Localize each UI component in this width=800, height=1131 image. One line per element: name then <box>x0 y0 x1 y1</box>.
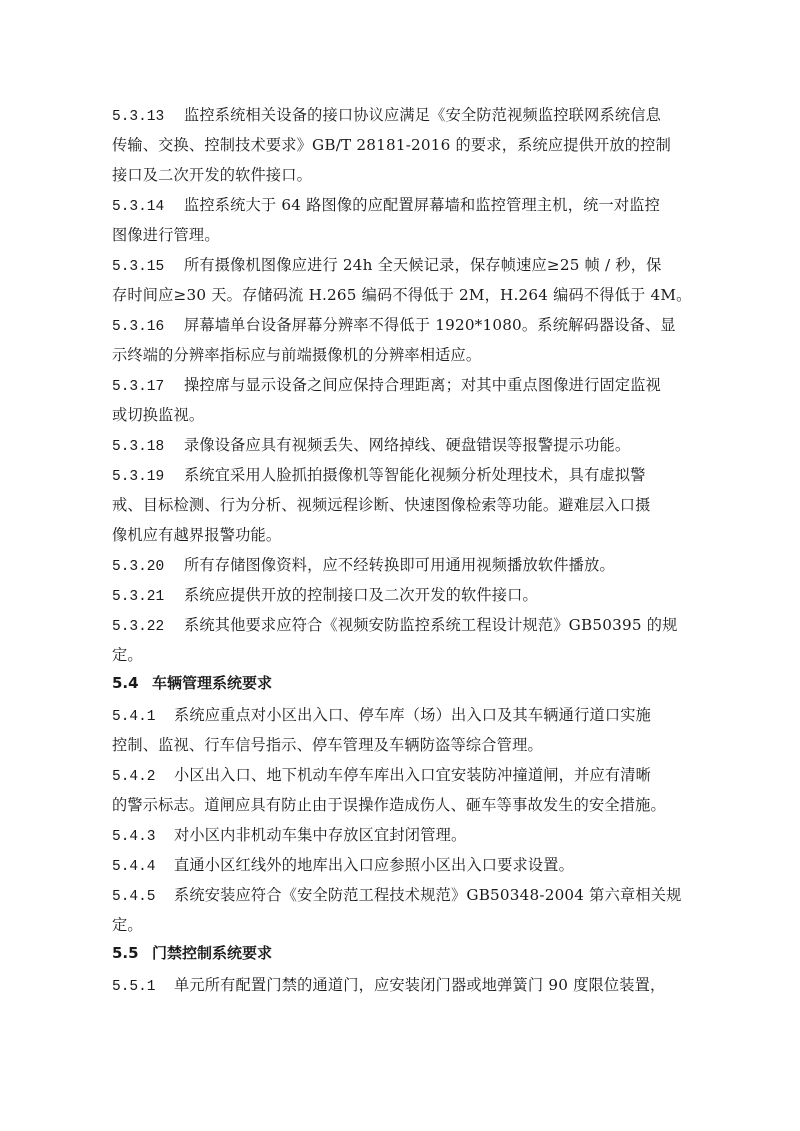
clause-text: 定。 <box>112 646 143 664</box>
text-line: 传输、交换、控制技术要求》GB/T 28181-2016 的要求，系统应提供开放… <box>112 130 682 160</box>
clause-number: 5.3.21 <box>112 582 184 612</box>
clause-text: 监控系统相关设备的接口协议应满足《安全防范视频监控联网系统信息 <box>184 106 661 124</box>
text-line: 5.5.1单元所有配置门禁的通道门，应安装闭门器或地弹簧门 90 度限位装置， <box>112 970 682 1000</box>
text-line: 存时间应≥30 天。存储码流 H.265 编码不得低于 2M，H.264 编码不… <box>112 280 682 310</box>
clause-text: 所有摄像机图像应进行 24h 全天候记录，保存帧速应≥25 帧 / 秒，保 <box>184 256 662 274</box>
clause-text: 监控系统大于 64 路图像的应配置屏幕墙和监控管理主机，统一对监控 <box>184 196 660 214</box>
section-title: 门禁控制系统要求 <box>152 944 272 962</box>
text-line: 的警示标志。道闸应具有防止由于误操作造成伤人、砸车等事故发生的安全措施。 <box>112 790 682 820</box>
clause-text: 系统应提供开放的控制接口及二次开发的软件接口。 <box>184 586 538 604</box>
text-line: 控制、监视、行车信号指示、停车管理及车辆防盗等综合管理。 <box>112 730 682 760</box>
clause-number: 5.4.5 <box>112 882 174 912</box>
clause-text: 小区出入口、地下机动车停车库出入口宜安装防冲撞道闸，并应有清晰 <box>174 766 651 784</box>
clause-paragraph: 5.3.17操控席与显示设备之间应保持合理距离；对其中重点图像进行固定监视或切换… <box>112 370 682 430</box>
clause-number: 5.3.19 <box>112 462 184 492</box>
clause-number: 5.4.3 <box>112 822 174 852</box>
clause-paragraph: 5.4.3对小区内非机动车集中存放区宜封闭管理。 <box>112 820 682 850</box>
text-line: 5.3.21系统应提供开放的控制接口及二次开发的软件接口。 <box>112 580 682 610</box>
clause-text: 系统安装应符合《安全防范工程技术规范》GB50348-2004 第六章相关规 <box>174 886 682 904</box>
clause-paragraph: 5.3.22系统其他要求应符合《视频安防监控系统工程设计规范》GB50395 的… <box>112 610 682 670</box>
text-line: 5.4.2小区出入口、地下机动车停车库出入口宜安装防冲撞道闸，并应有清晰 <box>112 760 682 790</box>
clause-text: 控制、监视、行车信号指示、停车管理及车辆防盗等综合管理。 <box>112 736 543 754</box>
text-line: 定。 <box>112 910 682 940</box>
clause-text: 直通小区红线外的地库出入口应参照小区出入口要求设置。 <box>174 856 574 874</box>
clause-number: 5.3.13 <box>112 102 184 132</box>
clause-number: 5.4.2 <box>112 762 174 792</box>
text-line: 5.3.13监控系统相关设备的接口协议应满足《安全防范视频监控联网系统信息 <box>112 100 682 130</box>
text-line: 5.3.22系统其他要求应符合《视频安防监控系统工程设计规范》GB50395 的… <box>112 610 682 640</box>
clause-text: 屏幕墙单台设备屏幕分辨率不得低于 1920*1080。系统解码器设备、显 <box>184 316 676 334</box>
clause-text: 系统宜采用人脸抓拍摄像机等智能化视频分析处理技术，具有虚拟警 <box>184 466 646 484</box>
clause-number: 5.4.4 <box>112 852 174 882</box>
clause-paragraph: 5.4.1系统应重点对小区出入口、停车库（场）出入口及其车辆通行道口实施控制、监… <box>112 700 682 760</box>
clause-paragraph: 5.3.19系统宜采用人脸抓拍摄像机等智能化视频分析处理技术，具有虚拟警戒、目标… <box>112 460 682 550</box>
text-line: 示终端的分辨率指标应与前端摄像机的分辨率相适应。 <box>112 340 682 370</box>
text-line: 接口及二次开发的软件接口。 <box>112 160 682 190</box>
clause-paragraph: 5.3.13监控系统相关设备的接口协议应满足《安全防范视频监控联网系统信息传输、… <box>112 100 682 190</box>
text-line: 5.3.14监控系统大于 64 路图像的应配置屏幕墙和监控管理主机，统一对监控 <box>112 190 682 220</box>
clause-text: 系统其他要求应符合《视频安防监控系统工程设计规范》GB50395 的规 <box>184 616 678 634</box>
clause-text: 所有存储图像资料，应不经转换即可用通用视频播放软件播放。 <box>184 556 615 574</box>
clause-text: 示终端的分辨率指标应与前端摄像机的分辨率相适应。 <box>112 346 481 364</box>
text-line: 5.3.17操控席与显示设备之间应保持合理距离；对其中重点图像进行固定监视 <box>112 370 682 400</box>
text-line: 戒、目标检测、行为分析、视频远程诊断、快速图像检索等功能。避难层入口摄 <box>112 490 682 520</box>
text-line: 定。 <box>112 640 682 670</box>
clause-paragraph: 5.3.21系统应提供开放的控制接口及二次开发的软件接口。 <box>112 580 682 610</box>
clause-number: 5.3.14 <box>112 192 184 222</box>
clause-paragraph: 5.4.2小区出入口、地下机动车停车库出入口宜安装防冲撞道闸，并应有清晰的警示标… <box>112 760 682 820</box>
clause-paragraph: 5.3.14监控系统大于 64 路图像的应配置屏幕墙和监控管理主机，统一对监控图… <box>112 190 682 250</box>
clause-paragraph: 5.3.15所有摄像机图像应进行 24h 全天候记录，保存帧速应≥25 帧 / … <box>112 250 682 310</box>
text-line: 5.3.16屏幕墙单台设备屏幕分辨率不得低于 1920*1080。系统解码器设备… <box>112 310 682 340</box>
text-line: 5.3.18录像设备应具有视频丢失、网络掉线、硬盘错误等报警提示功能。 <box>112 430 682 460</box>
clause-text: 图像进行管理。 <box>112 226 220 244</box>
text-line: 5.3.15所有摄像机图像应进行 24h 全天候记录，保存帧速应≥25 帧 / … <box>112 250 682 280</box>
text-line: 或切换监视。 <box>112 400 682 430</box>
clause-number: 5.4.1 <box>112 702 174 732</box>
section-heading: 5.4车辆管理系统要求 <box>112 670 682 700</box>
text-line: 5.4.1系统应重点对小区出入口、停车库（场）出入口及其车辆通行道口实施 <box>112 700 682 730</box>
clause-text: 的警示标志。道闸应具有防止由于误操作造成伤人、砸车等事故发生的安全措施。 <box>112 796 666 814</box>
clause-number: 5.3.18 <box>112 432 184 462</box>
clause-text: 传输、交换、控制技术要求》GB/T 28181-2016 的要求，系统应提供开放… <box>112 136 671 154</box>
clause-text: 系统应重点对小区出入口、停车库（场）出入口及其车辆通行道口实施 <box>174 706 651 724</box>
text-line: 5.3.19系统宜采用人脸抓拍摄像机等智能化视频分析处理技术，具有虚拟警 <box>112 460 682 490</box>
text-line: 5.4.5系统安装应符合《安全防范工程技术规范》GB50348-2004 第六章… <box>112 880 682 910</box>
clause-text: 或切换监视。 <box>112 406 204 424</box>
clause-text: 定。 <box>112 916 143 934</box>
clause-number: 5.3.20 <box>112 552 184 582</box>
clause-text: 单元所有配置门禁的通道门，应安装闭门器或地弹簧门 90 度限位装置， <box>174 976 665 994</box>
section-number: 5.4 <box>112 670 152 696</box>
clause-paragraph: 5.3.18录像设备应具有视频丢失、网络掉线、硬盘错误等报警提示功能。 <box>112 430 682 460</box>
text-line: 5.4.4直通小区红线外的地库出入口应参照小区出入口要求设置。 <box>112 850 682 880</box>
clause-text: 录像设备应具有视频丢失、网络掉线、硬盘错误等报警提示功能。 <box>184 436 630 454</box>
section-number: 5.5 <box>112 940 152 966</box>
text-line: 5.3.20所有存储图像资料，应不经转换即可用通用视频播放软件播放。 <box>112 550 682 580</box>
clause-text: 操控席与显示设备之间应保持合理距离；对其中重点图像进行固定监视 <box>184 376 661 394</box>
text-line: 图像进行管理。 <box>112 220 682 250</box>
text-line: 像机应有越界报警功能。 <box>112 520 682 550</box>
section-heading: 5.5门禁控制系统要求 <box>112 940 682 970</box>
clause-number: 5.3.16 <box>112 312 184 342</box>
document-page: 5.3.13监控系统相关设备的接口协议应满足《安全防范视频监控联网系统信息传输、… <box>112 100 682 1000</box>
clause-paragraph: 5.3.16屏幕墙单台设备屏幕分辨率不得低于 1920*1080。系统解码器设备… <box>112 310 682 370</box>
clause-number: 5.5.1 <box>112 972 174 1002</box>
clause-number: 5.3.15 <box>112 252 184 282</box>
clause-text: 接口及二次开发的软件接口。 <box>112 166 312 184</box>
clause-paragraph: 5.4.5系统安装应符合《安全防范工程技术规范》GB50348-2004 第六章… <box>112 880 682 940</box>
clause-text: 存时间应≥30 天。存储码流 H.265 编码不得低于 2M，H.264 编码不… <box>112 286 691 304</box>
clause-paragraph: 5.3.20所有存储图像资料，应不经转换即可用通用视频播放软件播放。 <box>112 550 682 580</box>
clause-text: 戒、目标检测、行为分析、视频远程诊断、快速图像检索等功能。避难层入口摄 <box>112 496 651 514</box>
section-title: 车辆管理系统要求 <box>152 674 272 692</box>
clause-text: 对小区内非机动车集中存放区宜封闭管理。 <box>174 826 466 844</box>
clause-paragraph: 5.5.1单元所有配置门禁的通道门，应安装闭门器或地弹簧门 90 度限位装置， <box>112 970 682 1000</box>
text-line: 5.4.3对小区内非机动车集中存放区宜封闭管理。 <box>112 820 682 850</box>
clause-text: 像机应有越界报警功能。 <box>112 526 281 544</box>
clause-paragraph: 5.4.4直通小区红线外的地库出入口应参照小区出入口要求设置。 <box>112 850 682 880</box>
clause-number: 5.3.22 <box>112 612 184 642</box>
clause-number: 5.3.17 <box>112 372 184 402</box>
